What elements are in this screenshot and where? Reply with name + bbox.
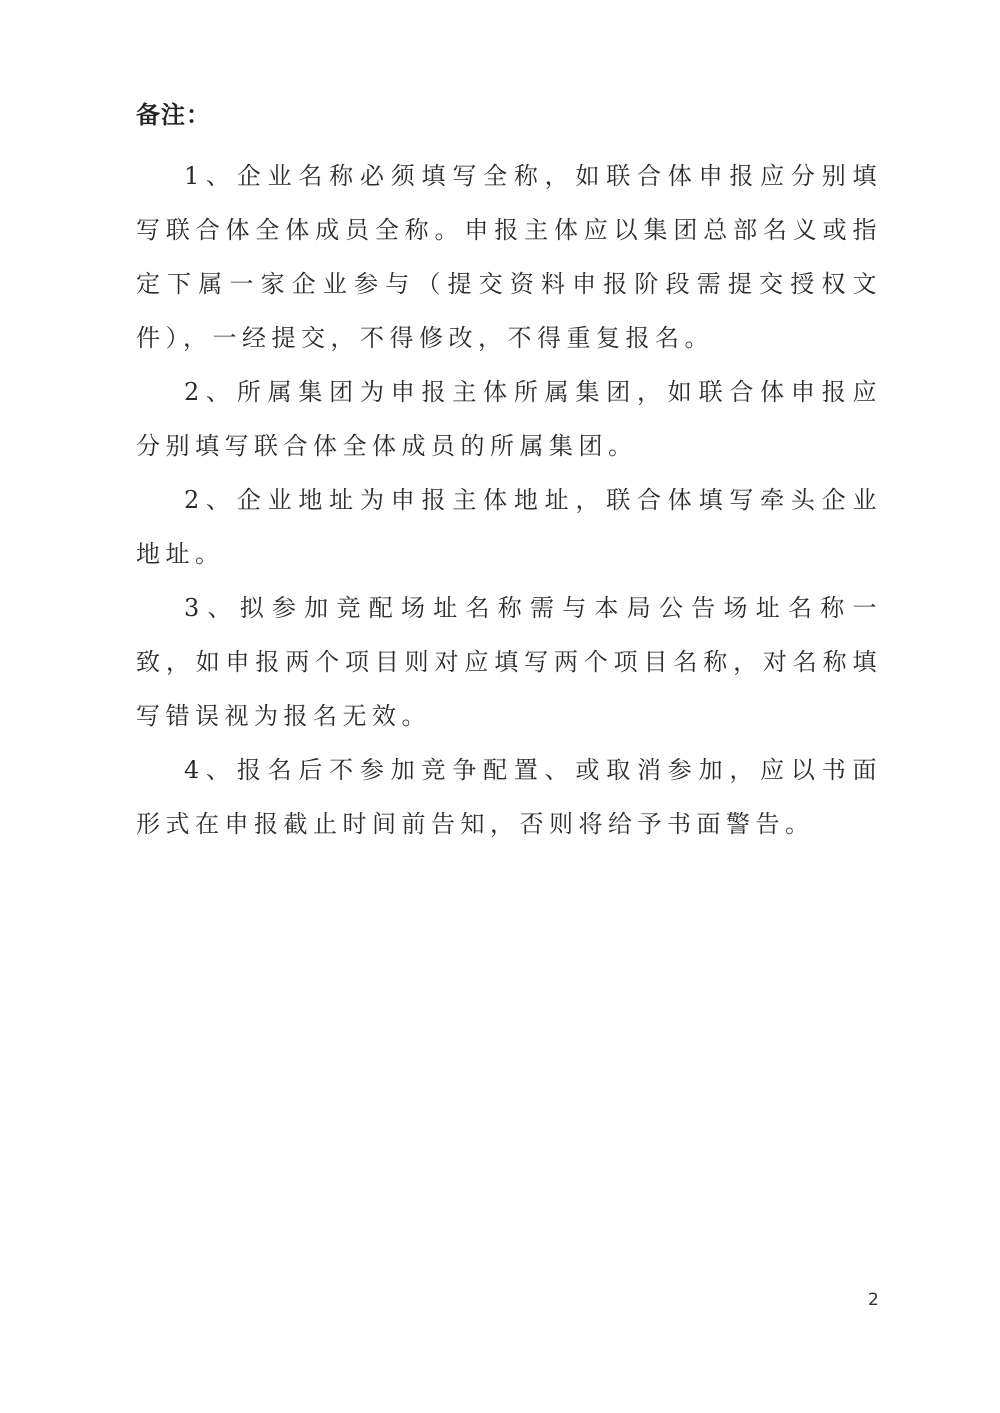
note-item-5: 4、报名后不参加竞争配置、或取消参加，应以书面形式在申报截止时间前告知，否则将给… bbox=[136, 743, 882, 851]
document-page: 备注： 1、企业名称必须填写全称，如联合体申报应分别填写联合体全体成员全称。申报… bbox=[0, 0, 1000, 1413]
note-item-2: 2、所属集团为申报主体所属集团，如联合体申报应分别填写联合体全体成员的所属集团。 bbox=[136, 365, 882, 473]
note-item-1: 1、企业名称必须填写全称，如联合体申报应分别填写联合体全体成员全称。申报主体应以… bbox=[136, 149, 882, 365]
note-item-3: 2、企业地址为申报主体地址，联合体填写牵头企业地址。 bbox=[136, 473, 882, 581]
note-item-4: 3、拟参加竞配场址名称需与本局公告场址名称一致，如申报两个项目则对应填写两个项目… bbox=[136, 581, 882, 743]
notes-section: 备注： 1、企业名称必须填写全称，如联合体申报应分别填写联合体全体成员全称。申报… bbox=[136, 96, 882, 851]
notes-heading: 备注： bbox=[136, 96, 882, 134]
page-number: 2 bbox=[868, 1290, 879, 1310]
